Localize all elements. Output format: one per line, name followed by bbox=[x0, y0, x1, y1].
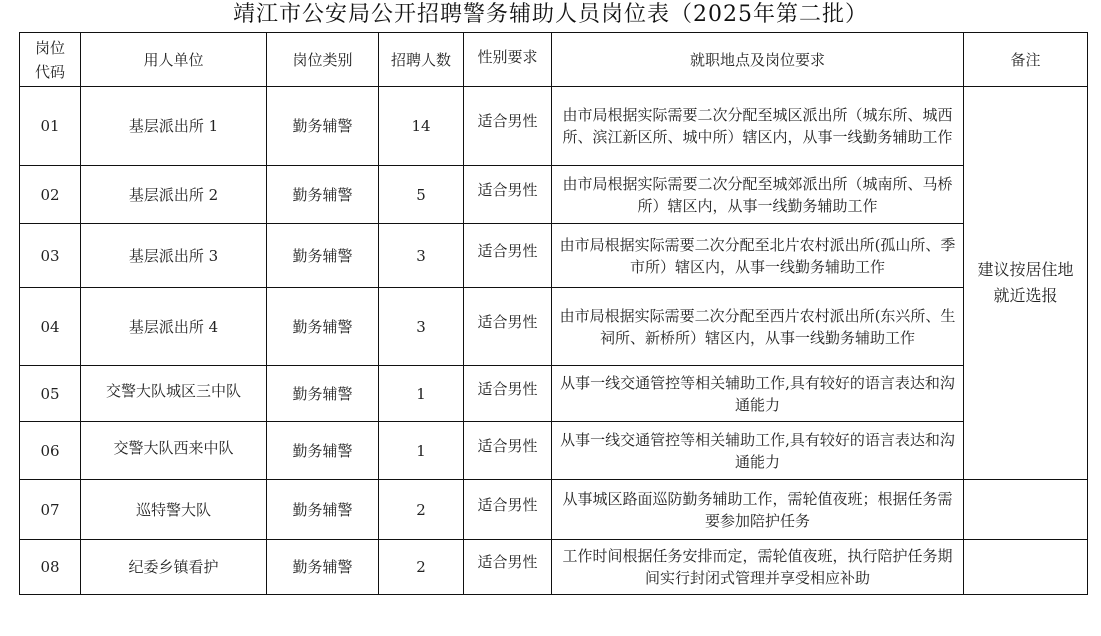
cell-count: 3 bbox=[379, 224, 464, 288]
cell-unit: 基层派出所 3 bbox=[81, 224, 267, 288]
cell-unit: 基层派出所 1 bbox=[81, 87, 267, 166]
header-code: 岗位代码 bbox=[20, 33, 81, 87]
cell-category: 勤务辅警 bbox=[267, 166, 379, 224]
cell-remarks bbox=[964, 480, 1088, 540]
table-row: 01 基层派出所 1 勤务辅警 14 适合男性 由市局根据实际需要二次分配至城区… bbox=[20, 87, 1088, 166]
cell-unit: 基层派出所 4 bbox=[81, 288, 267, 366]
cell-code: 06 bbox=[20, 422, 81, 480]
table-row: 04 基层派出所 4 勤务辅警 3 适合男性 由市局根据实际需要二次分配至西片农… bbox=[20, 288, 1088, 366]
header-gender: 性别要求 bbox=[464, 33, 552, 87]
cell-code: 08 bbox=[20, 540, 81, 595]
cell-gender: 适合男性 bbox=[464, 540, 552, 595]
cell-requirements: 由市局根据实际需要二次分配至城区派出所（城东所、城西所、滨江新区所、城中所）辖区… bbox=[552, 87, 964, 166]
cell-category: 勤务辅警 bbox=[267, 288, 379, 366]
cell-gender: 适合男性 bbox=[464, 422, 552, 480]
cell-code: 05 bbox=[20, 366, 81, 422]
header-requirements: 就职地点及岗位要求 bbox=[552, 33, 964, 87]
cell-category: 勤务辅警 bbox=[267, 540, 379, 595]
table-row: 07 巡特警大队 勤务辅警 2 适合男性 从事城区路面巡防勤务辅助工作，需轮值夜… bbox=[20, 480, 1088, 540]
cell-count: 2 bbox=[379, 480, 464, 540]
cell-unit: 交警大队城区三中队 bbox=[81, 366, 267, 422]
cell-category: 勤务辅警 bbox=[267, 87, 379, 166]
header-remarks: 备注 bbox=[964, 33, 1088, 87]
cell-code: 07 bbox=[20, 480, 81, 540]
table-row: 02 基层派出所 2 勤务辅警 5 适合男性 由市局根据实际需要二次分配至城郊派… bbox=[20, 166, 1088, 224]
cell-code: 01 bbox=[20, 87, 81, 166]
cell-requirements: 工作时间根据任务安排而定，需轮值夜班，执行陪护任务期间实行封闭式管理并享受相应补… bbox=[552, 540, 964, 595]
cell-gender: 适合男性 bbox=[464, 480, 552, 540]
cell-code: 02 bbox=[20, 166, 81, 224]
cell-remarks bbox=[964, 540, 1088, 595]
cell-count: 5 bbox=[379, 166, 464, 224]
page-title: 靖江市公安局公开招聘警务辅助人员岗位表（2025年第二批） bbox=[0, 0, 1101, 30]
position-table: 岗位代码 用人单位 岗位类别 招聘人数 性别要求 就职地点及岗位要求 备注 01… bbox=[19, 32, 1088, 595]
header-unit: 用人单位 bbox=[81, 33, 267, 87]
cell-unit: 纪委乡镇看护 bbox=[81, 540, 267, 595]
cell-gender: 适合男性 bbox=[464, 224, 552, 288]
cell-gender: 适合男性 bbox=[464, 87, 552, 166]
cell-requirements: 由市局根据实际需要二次分配至城郊派出所（城南所、马桥所）辖区内，从事一线勤务辅助… bbox=[552, 166, 964, 224]
cell-category: 勤务辅警 bbox=[267, 480, 379, 540]
cell-count: 1 bbox=[379, 422, 464, 480]
header-count: 招聘人数 bbox=[379, 33, 464, 87]
cell-category: 勤务辅警 bbox=[267, 422, 379, 480]
cell-unit: 交警大队西来中队 bbox=[81, 422, 267, 480]
cell-unit: 巡特警大队 bbox=[81, 480, 267, 540]
cell-count: 3 bbox=[379, 288, 464, 366]
table-row: 06 交警大队西来中队 勤务辅警 1 适合男性 从事一线交通管控等相关辅助工作,… bbox=[20, 422, 1088, 480]
cell-count: 1 bbox=[379, 366, 464, 422]
cell-code: 03 bbox=[20, 224, 81, 288]
table-row: 05 交警大队城区三中队 勤务辅警 1 适合男性 从事一线交通管控等相关辅助工作… bbox=[20, 366, 1088, 422]
header-row: 岗位代码 用人单位 岗位类别 招聘人数 性别要求 就职地点及岗位要求 备注 bbox=[20, 33, 1088, 87]
cell-code: 04 bbox=[20, 288, 81, 366]
cell-requirements: 从事城区路面巡防勤务辅助工作，需轮值夜班；根据任务需要参加陪护任务 bbox=[552, 480, 964, 540]
cell-gender: 适合男性 bbox=[464, 166, 552, 224]
cell-unit: 基层派出所 2 bbox=[81, 166, 267, 224]
cell-requirements: 从事一线交通管控等相关辅助工作,具有较好的语言表达和沟通能力 bbox=[552, 422, 964, 480]
cell-remarks-merged: 建议按居住地就近选报 bbox=[964, 87, 1088, 480]
table-row: 03 基层派出所 3 勤务辅警 3 适合男性 由市局根据实际需要二次分配至北片农… bbox=[20, 224, 1088, 288]
cell-category: 勤务辅警 bbox=[267, 366, 379, 422]
cell-count: 14 bbox=[379, 87, 464, 166]
cell-requirements: 从事一线交通管控等相关辅助工作,具有较好的语言表达和沟通能力 bbox=[552, 366, 964, 422]
cell-count: 2 bbox=[379, 540, 464, 595]
cell-requirements: 由市局根据实际需要二次分配至北片农村派出所(孤山所、季市所）辖区内，从事一线勤务… bbox=[552, 224, 964, 288]
cell-category: 勤务辅警 bbox=[267, 224, 379, 288]
cell-gender: 适合男性 bbox=[464, 288, 552, 366]
table-row: 08 纪委乡镇看护 勤务辅警 2 适合男性 工作时间根据任务安排而定，需轮值夜班… bbox=[20, 540, 1088, 595]
cell-gender: 适合男性 bbox=[464, 366, 552, 422]
cell-requirements: 由市局根据实际需要二次分配至西片农村派出所(东兴所、生祠所、新桥所）辖区内，从事… bbox=[552, 288, 964, 366]
header-category: 岗位类别 bbox=[267, 33, 379, 87]
